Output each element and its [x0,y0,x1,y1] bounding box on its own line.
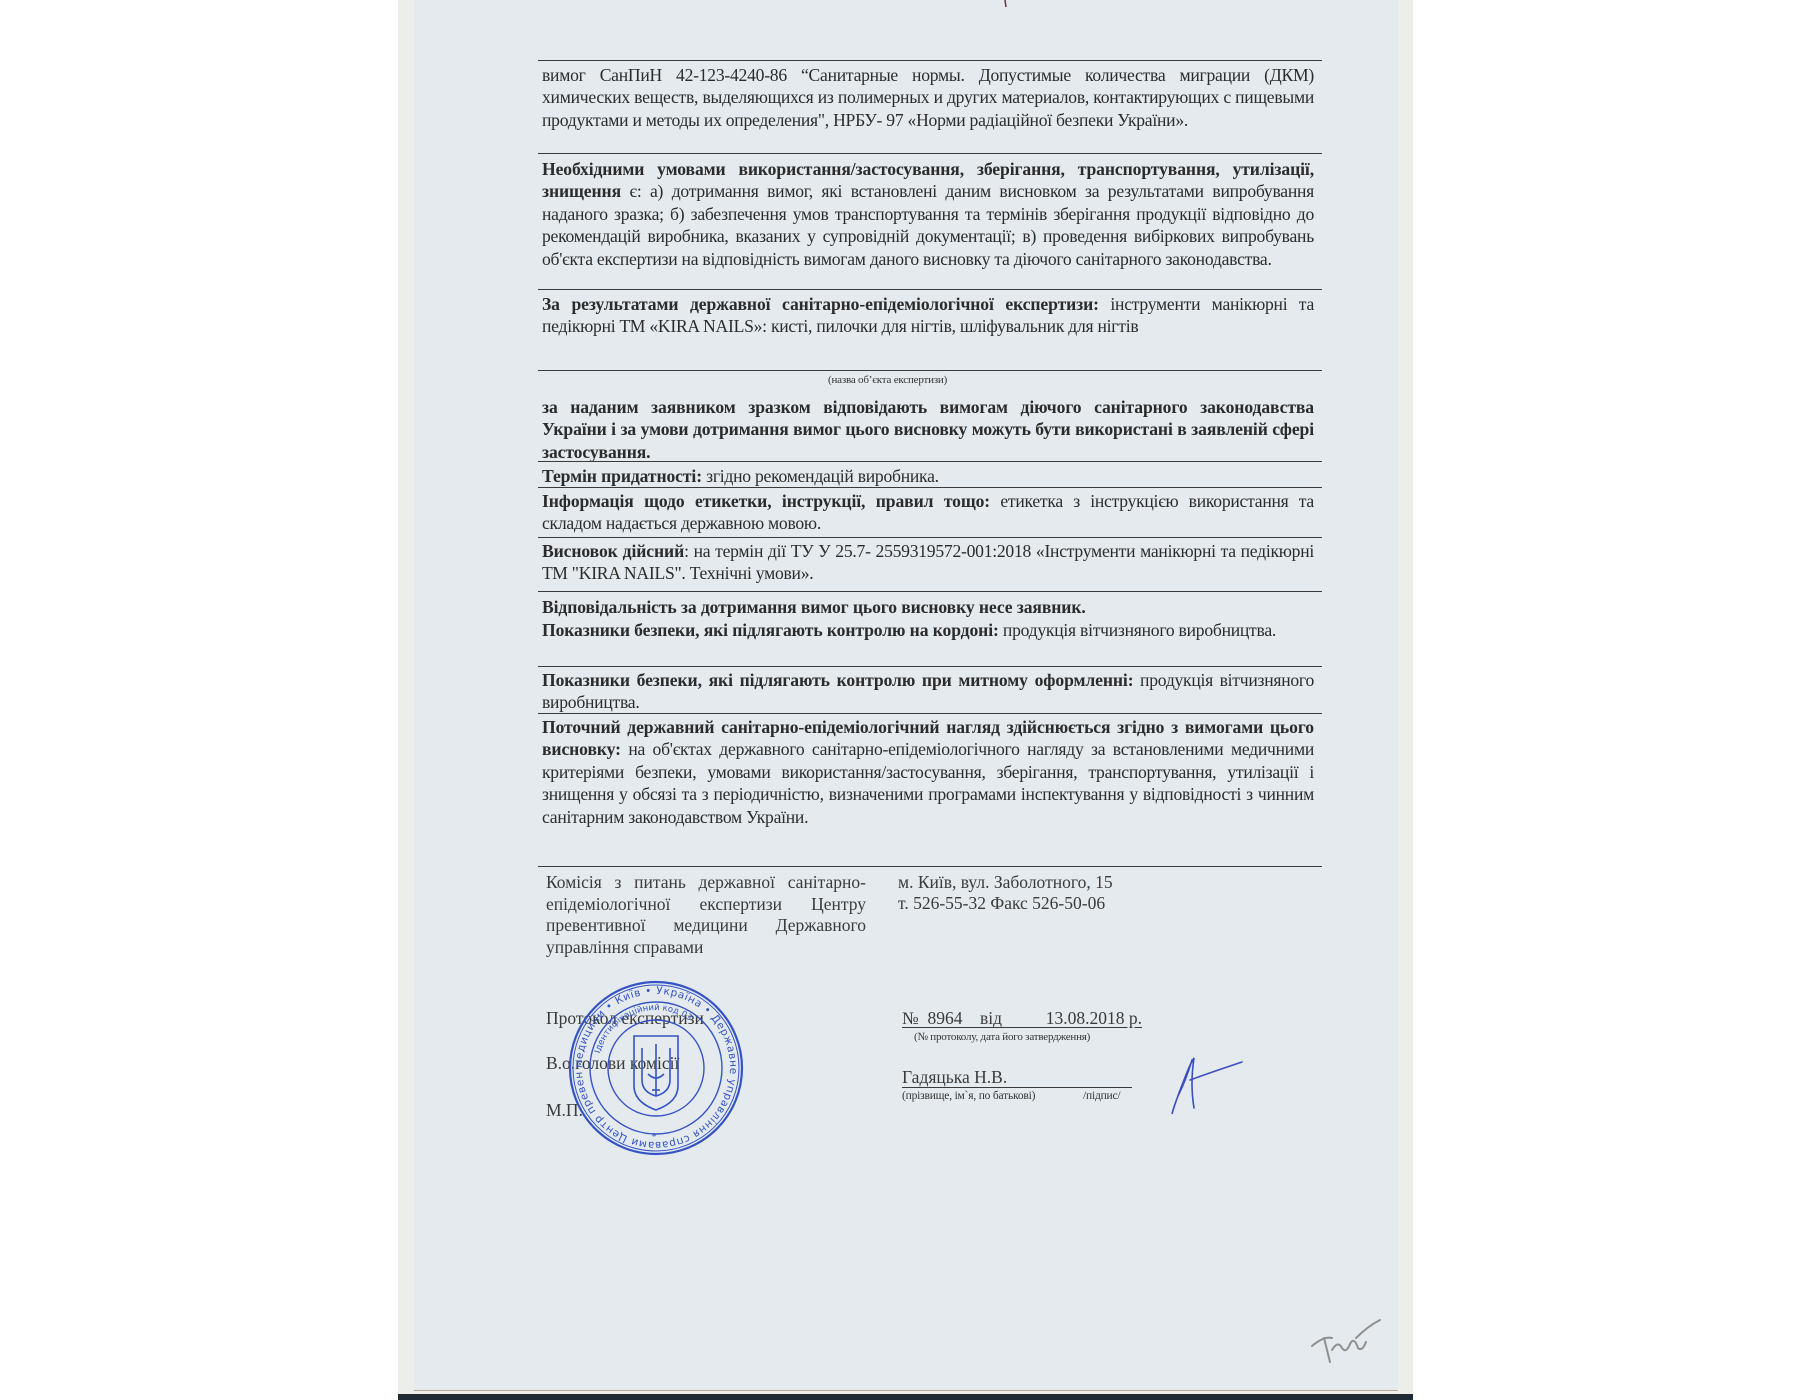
conditions-section: Необхідними умовами використання/застосу… [542,158,1314,270]
rule [538,60,1322,61]
rule [538,153,1322,154]
scan-shadow [398,1394,1413,1400]
labeling-section: Інформація щодо етикетки, інструкції, пр… [542,490,1314,535]
shelf-life-section: Термін придатності: згідно рекомендацій … [542,465,1314,487]
labeling-label: Інформація щодо етикетки, інструкції, пр… [542,491,990,511]
signer-name: Гадяцька Н.В. [902,1068,1132,1088]
supervision-section: Поточний державний санітарно-епідеміолог… [542,716,1314,828]
address: м. Київ, вул. Заболотного, 15 [898,872,1113,894]
shelf-life-text: згідно рекомендацій виробника. [702,466,939,486]
rule [538,537,1322,538]
document-page: вимог СанПиН 42-123-4240-86 “Санитарные … [414,0,1398,1391]
intro-block: вимог СанПиН 42-123-4240-86 “Санитарные … [542,64,1314,131]
phone-fax: т. 526-55-32 Факс 526-50-06 [898,893,1105,915]
responsibility-section: Відповідальність за дотримання вимог цьо… [542,596,1314,618]
border-control-label: Показники безпеки, які підлягають контро… [542,620,999,640]
official-stamp-icon: медицини • Київ • Україна • Державне упр… [566,978,746,1158]
border-control-text: продукція вітчизняного виробництва. [999,620,1276,640]
conditions-text: є: а) дотримання вимог, які встановлені … [542,181,1314,268]
pencil-initials-icon [1310,1318,1390,1368]
validity-label: Висновок дійсний [542,541,684,561]
results-label: За результатами державної санітарно-епід… [542,294,1099,314]
rule [538,591,1322,592]
rule [538,713,1322,714]
customs-control-section: Показники безпеки, які підлягають контро… [542,669,1314,714]
shelf-life-label: Термін придатності: [542,466,702,486]
rule [538,461,1322,462]
svg-text:*: * [652,1132,657,1143]
responsibility-text: Відповідальність за дотримання вимог цьо… [542,597,1086,617]
trident-icon [634,1036,678,1110]
rule [538,487,1322,488]
customs-control-label: Показники безпеки, які підлягають контро… [542,670,1133,690]
rule [538,289,1322,290]
rule [538,370,1322,371]
rule [538,866,1322,867]
protocol-caption: (№ протоколу, дата його затвердження) [914,1031,1090,1043]
object-caption: (назва об’єкта експертизи) [828,374,947,386]
top-ink-mark [1002,0,1010,8]
rule [538,666,1322,667]
commission-name: Комісія з питань державної санітарно-епі… [546,872,866,958]
supervision-text: на об'єктах державного санітарно-епідемі… [542,739,1314,826]
signature-icon [1150,1040,1250,1120]
signature-caption: /підпис/ [1083,1090,1120,1102]
validity-section: Висновок дійсний: на термін дії ТУ У 25.… [542,540,1314,585]
signer-caption: (прізвище, ім`я, по батькові) [902,1090,1035,1102]
conclusion-section: за наданим заявником зразком відповідают… [542,396,1314,463]
border-control-section: Показники безпеки, які підлягають контро… [542,619,1314,641]
protocol-number: № 8964 від 13.08.2018 р. [902,1008,1142,1029]
signer-name-text: Гадяцька Н.В. [902,1067,1007,1087]
results-section: За результатами державної санітарно-епід… [542,293,1314,338]
conclusion-text: за наданим заявником зразком відповідают… [542,397,1314,462]
